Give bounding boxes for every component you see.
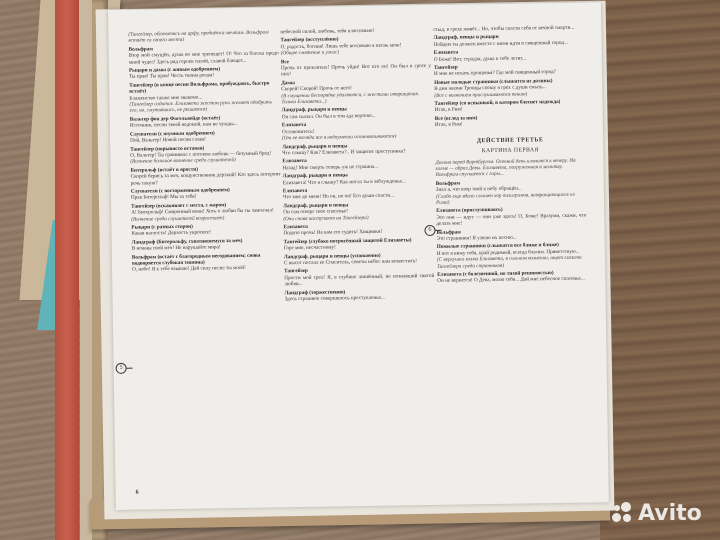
line-text: Что слышу? Как? Елизавета?.. И защитит п…: [282, 148, 432, 157]
stage-text: (От ее взгляда все в недоумении останавл…: [282, 133, 432, 142]
line-text: Прости мой грех! Я, в глубине лишённый, …: [284, 273, 434, 288]
line-text: небесной силой, любовь, тебя я воспеваю!: [280, 27, 430, 36]
act-title-text: ДЕЙСТВИЕ ТРЕТЬЕ: [435, 136, 585, 145]
avito-watermark: Avito: [612, 500, 702, 526]
scene-title-text: КАРТИНА ПЕРВАЯ: [435, 147, 585, 156]
stage-text: (В смущении беспорядке удаляются, с жест…: [281, 91, 431, 106]
line-text: стыд, в грехе живёт... Но, чтобы спасти …: [433, 25, 583, 34]
line-text: О, небо! Я к тебе взываю! Дай силу песне…: [132, 265, 282, 274]
text-column-1: (Тангейзер, облокотясь на арфу, предаётс…: [128, 29, 282, 273]
line-text: Назад! Мне смерть теперь уж не страшна..…: [282, 163, 432, 172]
line-text: Это странники! Я узнаю их песню...: [437, 233, 587, 242]
line-text: Пойдем ты должен вместе с ними идти в св…: [434, 39, 584, 48]
line-text: Он сам сказал. Он был в том ада вертепе.…: [282, 112, 432, 121]
section-marker-5: 5: [116, 363, 127, 374]
line-text: Пой, Вальтер! Новой песни слава!: [130, 135, 280, 144]
text-column-3: стыд, в грехе живёт... Но, чтобы спасти …: [433, 25, 587, 285]
wooden-table-right: [600, 0, 720, 540]
page-number: 6: [136, 490, 139, 496]
avito-logo-icon: [612, 502, 634, 524]
stage-text: (Тангейзер, облокотясь на арфу, предаётс…: [128, 29, 278, 44]
stage-text: (Общее смятение и ужас): [281, 48, 431, 57]
line-text: В ножны свой меч! Не нарушайте мира!: [132, 243, 282, 252]
line-text: Ты прав! Ты прав! Честь твоим речам!: [129, 72, 279, 81]
line-text: Здесь страшное совершилось преступленье.…: [285, 294, 435, 303]
watermark-text: Avito: [638, 501, 702, 526]
libretto-page: (Тангейзер, облокотясь на арфу, предаётс…: [108, 2, 609, 510]
line-text: Это они — идут — они уже здесь! О, Боже!…: [436, 212, 586, 227]
line-text: С высот послал ее Спаситель, советы небе…: [284, 258, 434, 267]
stage-text: (Волнение большое волнение среди слушате…: [130, 157, 280, 166]
line-text: Он не вернется! О Дева, молю тебя... Дай…: [437, 276, 587, 285]
line-text: Что мне до меня! Но он, но он! Его души …: [283, 192, 433, 201]
line-text: Горе мне, несчастному!: [284, 243, 434, 252]
line-text: Какая наглость! Дерзость укротите!: [131, 229, 281, 238]
line-text: Скорей берись за меч, кощунственник дерз…: [131, 171, 281, 186]
stage-text: (Слабо еще вдали слышен хор пилигримов, …: [436, 191, 586, 206]
line-text: Прочь от проклятых! Прочь уйди! Вот кто …: [281, 63, 431, 78]
line-text: Прав Битерольф! Мы за тебя!: [131, 193, 281, 202]
section-marker-6: 6: [424, 225, 435, 236]
line-text: И мне не искать прощенья? Где мой священ…: [434, 69, 584, 78]
line-text: Итак, в Рим!: [435, 120, 585, 129]
line-text: Источник, песни твоей ведомой, нам не чу…: [130, 121, 280, 130]
text-column-2: небесной силой, любовь, тебя я воспеваю!…: [280, 27, 434, 303]
stage-text: (Тангейзер садится. Елизавета жестом рук…: [129, 99, 279, 114]
red-booklet-spine: [55, 0, 79, 540]
line-text: Итак, в Рим!: [435, 105, 585, 114]
line-text: Взор мой смущён, душа во мне трепещет! О…: [129, 51, 279, 66]
stage-text: (С верхушки холма Елизавета, в сильном в…: [437, 255, 587, 270]
stage-text: Долина перед Вартбургом. Осенний день кл…: [435, 157, 585, 179]
line-text: Подите прочь! Не вам его судить! Хищники…: [283, 228, 433, 237]
